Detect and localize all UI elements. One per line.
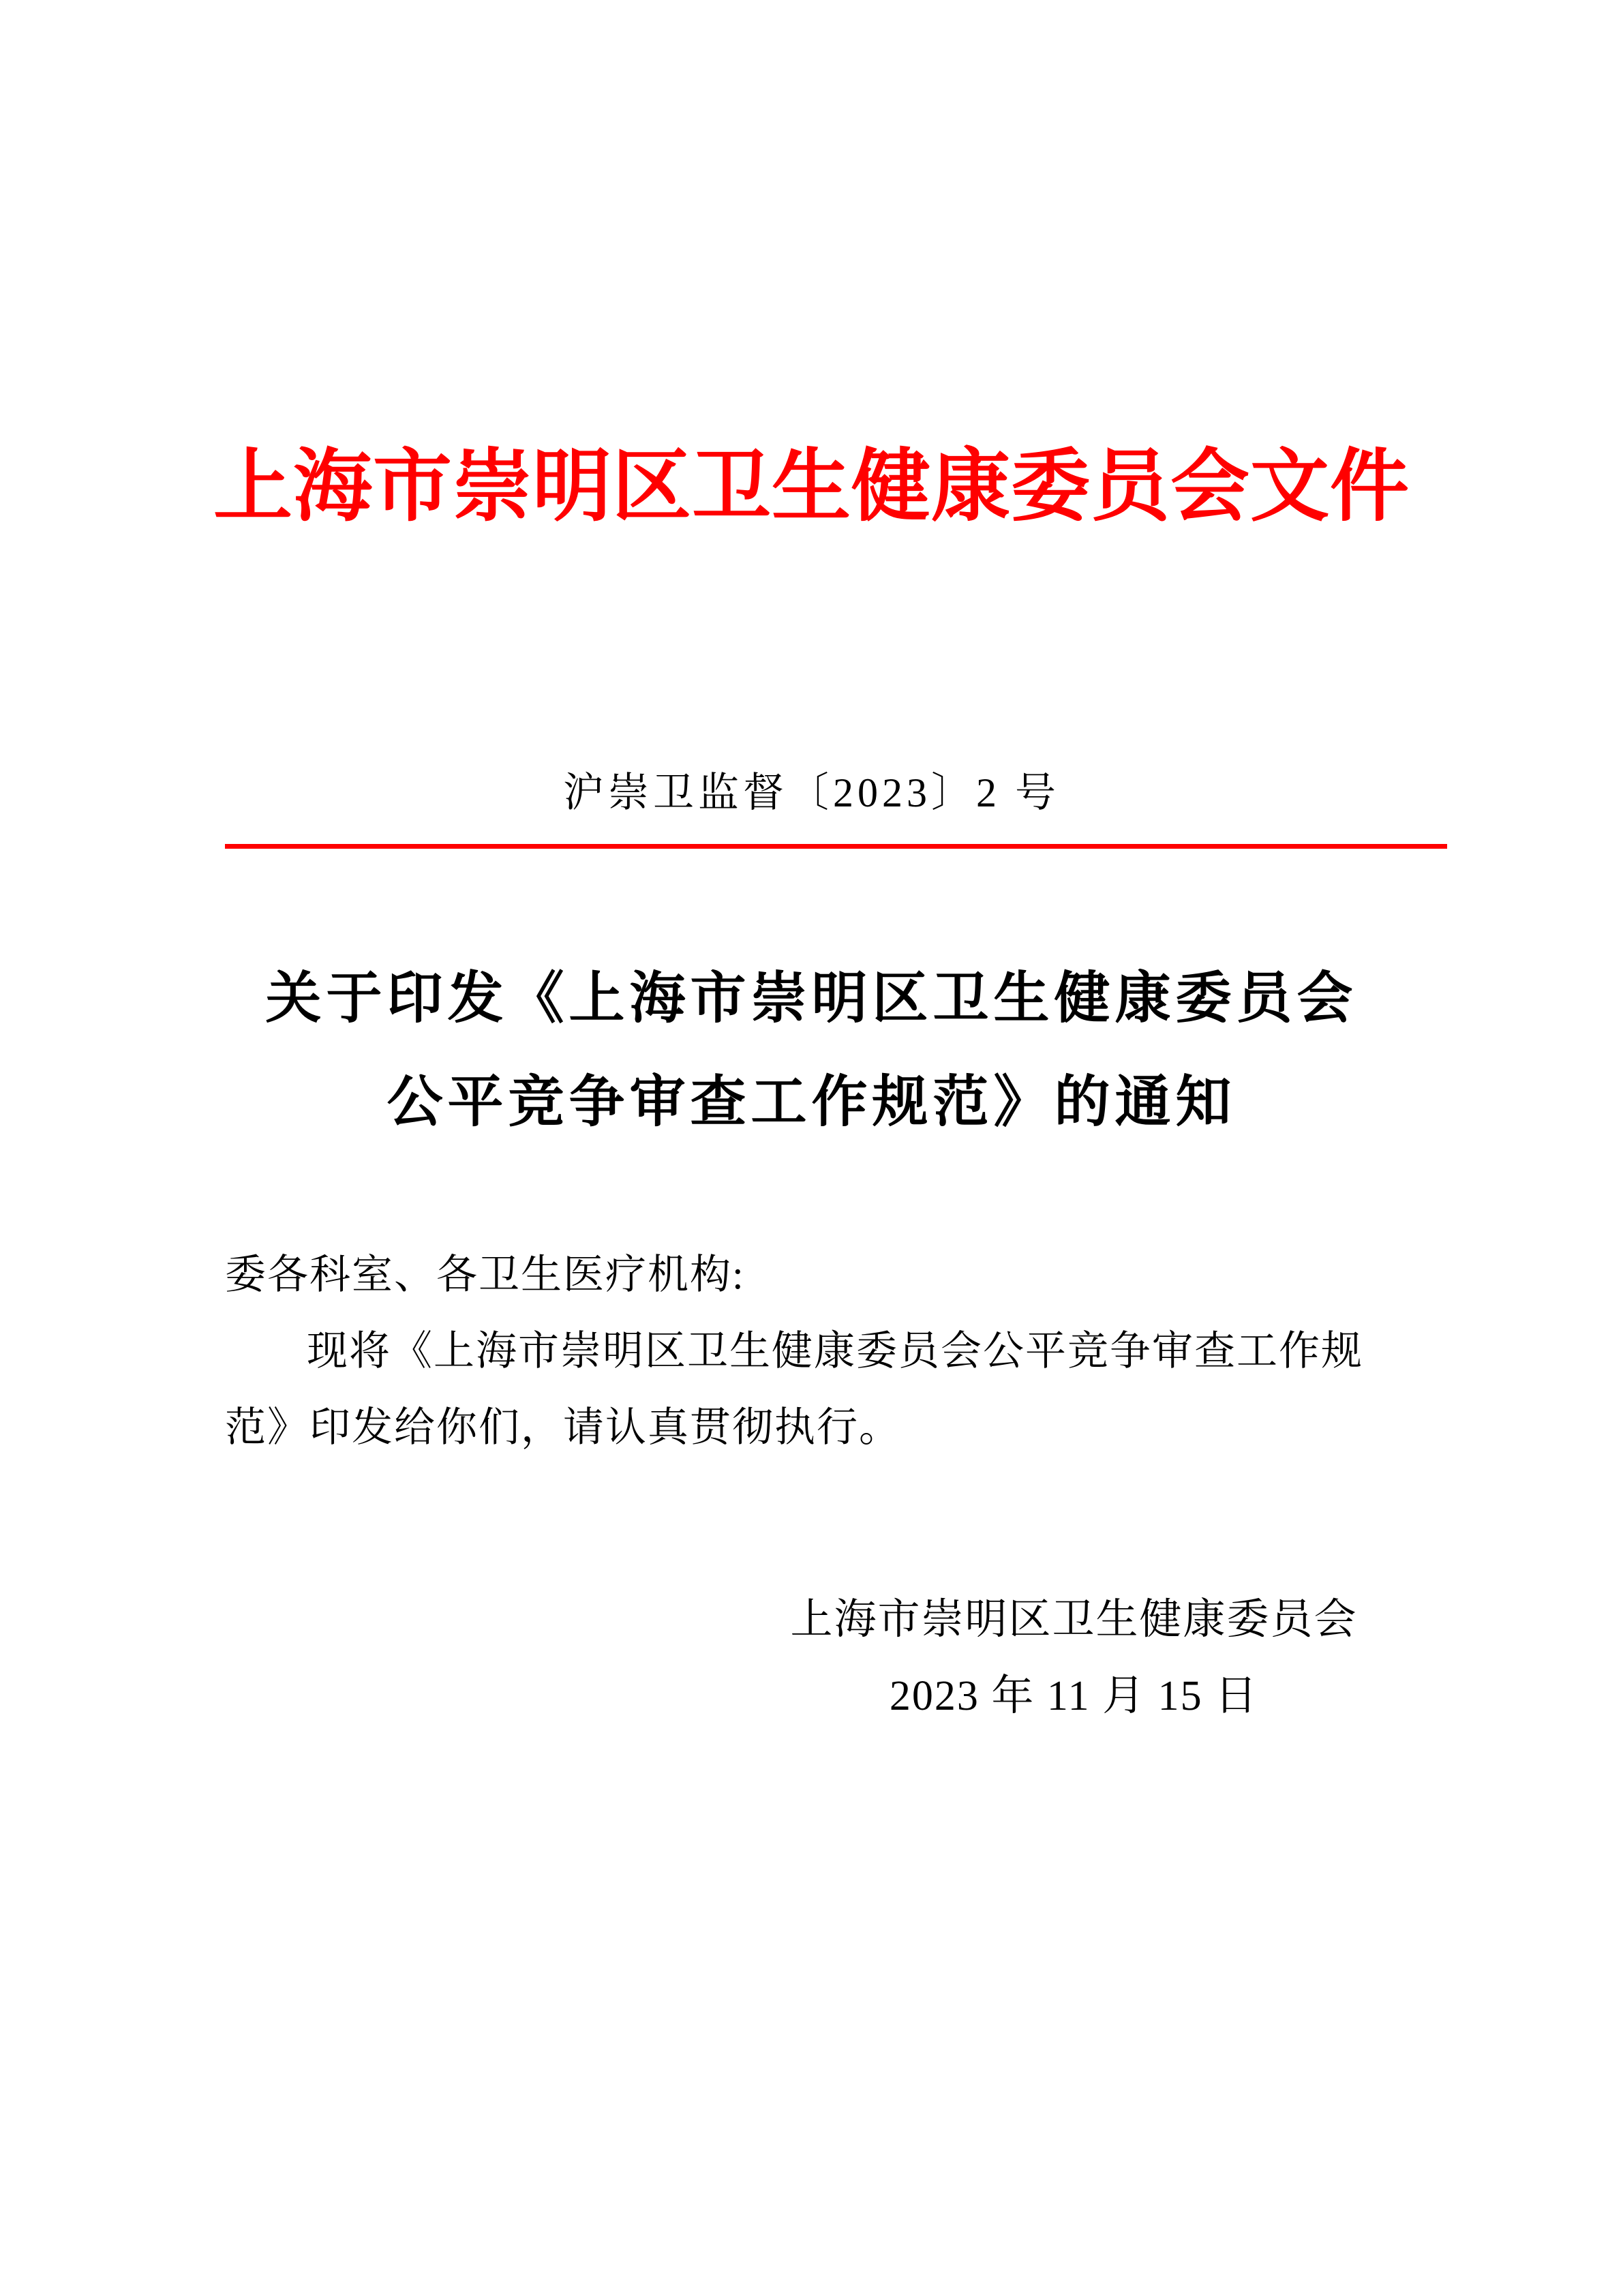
salutation-line: 委各科室、各卫生医疗机构:	[225, 1237, 1446, 1313]
notice-body: 委各科室、各卫生医疗机构: 现将《上海市崇明区卫生健康委员会公平竞争审查工作规 …	[225, 1237, 1446, 1466]
red-header-org-title: 上海市崇明区卫生健康委员会文件	[0, 436, 1623, 539]
notice-title-line-1: 关于印发《上海市崇明区卫生健康委员会	[0, 947, 1623, 1051]
notice-title-line-2: 公平竞争审查工作规范》的通知	[0, 1051, 1623, 1154]
signature-org: 上海市崇明区卫生健康委员会	[525, 1582, 1623, 1658]
document-page: 上海市崇明区卫生健康委员会文件 沪崇卫监督〔2023〕2 号 关于印发《上海市崇…	[0, 0, 1623, 2296]
signature-block: 上海市崇明区卫生健康委员会 2023 年 11 月 15 日	[525, 1582, 1623, 1734]
notice-title: 关于印发《上海市崇明区卫生健康委员会 公平竞争审查工作规范》的通知	[0, 947, 1623, 1154]
signature-date: 2023 年 11 月 15 日	[525, 1658, 1623, 1734]
body-paragraph-line-2: 范》印发给你们，请认真贯彻执行。	[225, 1389, 1446, 1466]
body-paragraph-line-1: 现将《上海市崇明区卫生健康委员会公平竞争审查工作规	[225, 1313, 1446, 1389]
red-divider-rule	[225, 844, 1447, 849]
document-number: 沪崇卫监督〔2023〕2 号	[0, 755, 1623, 830]
